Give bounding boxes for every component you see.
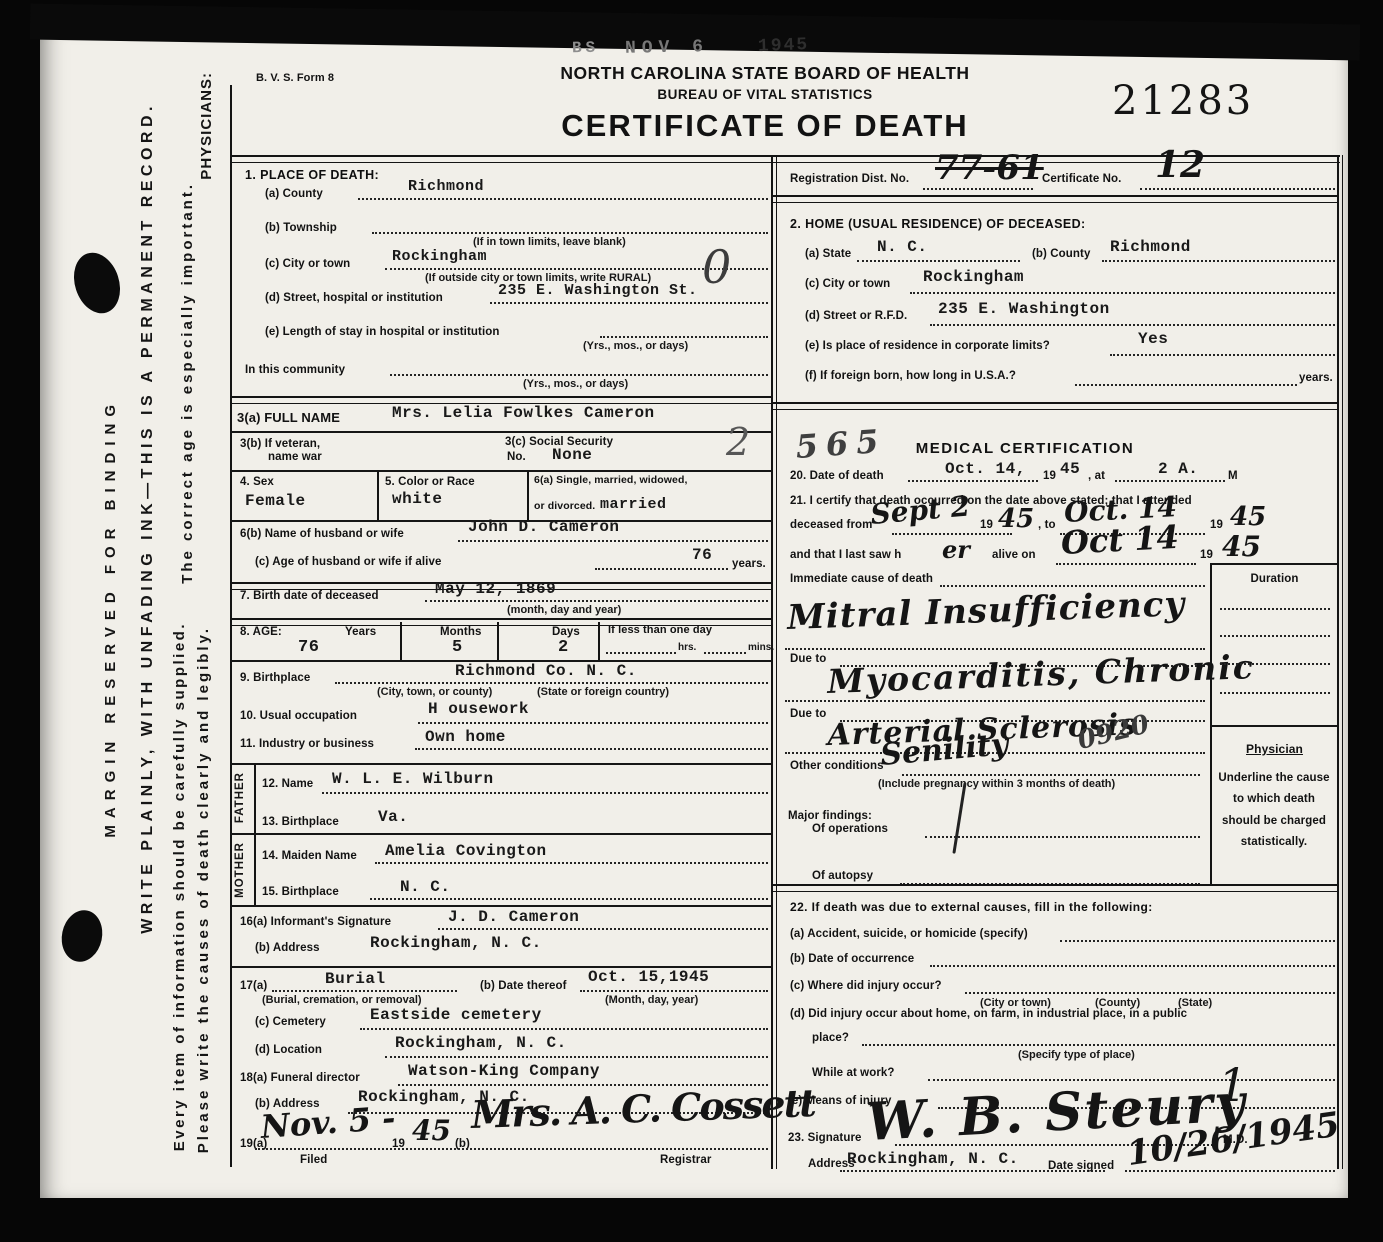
board-title: NORTH CAROLINA STATE BOARD OF HEALTH [510, 63, 1020, 84]
physician-address-value: Rockingham, N. C. [847, 1150, 1019, 1168]
duration-line1 [1220, 608, 1330, 610]
foreign-born-suffix: years. [1299, 372, 1333, 384]
informant-label: 16(a) Informant's Signature [240, 916, 391, 928]
certificate-no-label: Certificate No. [1042, 173, 1121, 185]
mother-birthplace-line [370, 898, 768, 900]
date-of-death-value: Oct. 14, [945, 460, 1026, 478]
certify-alive-label: alive on [992, 549, 1036, 561]
marital-label: 6(a) Single, married, widowed, [534, 474, 688, 486]
spouse-age-label: (c) Age of husband or wife if alive [255, 556, 441, 568]
injury-place-label2: place? [812, 1032, 849, 1044]
father-name-label: 12. Name [262, 778, 313, 790]
certify-pre1: 19 [980, 519, 993, 531]
form-left-border [230, 85, 232, 1167]
informant-address-value: Rockingham, N. C. [370, 934, 542, 952]
margin-binding-note: MARGIN RESERVED FOR BINDING [102, 398, 119, 838]
pregnancy-hint: (Include pregnancy within 3 months of de… [878, 778, 1115, 790]
coder-digit-handwriting: 2 [726, 420, 750, 464]
major-findings-label: Major findings: [788, 810, 872, 822]
home-street-label: (d) Street or R.F.D. [805, 310, 907, 322]
certify-on-handwriting: Oct 14 [1060, 518, 1180, 562]
filed-date-handwriting: Nov. 5 - [259, 1099, 396, 1146]
birthplace-value: Richmond Co. N. C. [455, 662, 637, 680]
duration-label: Duration [1212, 573, 1337, 585]
rural-zero-handwriting: 0 [702, 240, 731, 294]
foreign-born-label: (f) If foreign born, how long in U.S.A.? [805, 370, 1016, 382]
disposal-label: 17(a) [240, 980, 267, 992]
certify-her-handwriting: er [942, 535, 970, 564]
spouse-age-suffix: years. [732, 558, 766, 570]
certify-alive-line [1056, 563, 1196, 565]
medical-certification-title: MEDICAL CERTIFICATION [875, 440, 1175, 457]
certify-pre3: 19 [1200, 549, 1213, 561]
cemetery-location-line [385, 1056, 768, 1058]
injury-place-line [862, 1044, 1335, 1046]
home-title: 2. HOME (USUAL RESIDENCE) OF DECEASED: [790, 217, 1086, 231]
column-divider [771, 155, 777, 1169]
home-street-value: 235 E. Washington [938, 300, 1110, 318]
injury-where-label: (c) Where did injury occur? [790, 980, 942, 992]
certify-yr3-handwriting: 45 [1222, 530, 1261, 563]
ssn-label2: No. [507, 451, 526, 463]
margin-age-note: The correct age is especially important. [179, 182, 196, 584]
street-label: (d) Street, hospital or institution [265, 292, 443, 304]
section1-bottom-rule [230, 396, 773, 404]
spouse-line [458, 540, 768, 542]
certificate-no-value: 12 [1155, 144, 1205, 186]
disposal-date-line [580, 990, 768, 992]
disposal-hint: (Burial, cremation, or removal) [262, 994, 422, 1006]
cemetery-value: Eastside cemetery [370, 1006, 542, 1024]
ssn-value: None [552, 446, 592, 464]
accident-line [1060, 940, 1335, 942]
informant-value: J. D. Cameron [448, 908, 579, 926]
funeral-director-label: 18(a) Funeral director [240, 1072, 360, 1084]
parents-top-rule [230, 763, 773, 765]
certificate-paper: BS NOV 6 1945 PHYSICIANS: The correct ag… [40, 30, 1348, 1198]
race-value: white [392, 490, 443, 508]
cemetery-location-label: (d) Location [255, 1044, 322, 1056]
industry-value: Own home [425, 728, 506, 746]
corporate-limits-label: (e) Is place of residence in corporate l… [805, 340, 1050, 352]
stay-hint: (Yrs., mos., or days) [583, 340, 688, 352]
stay-line [600, 336, 768, 338]
registration-bottom-rule [773, 195, 1337, 203]
birthplace-label: 9. Birthplace [240, 672, 310, 684]
occurrence-line [930, 965, 1335, 967]
township-line [372, 232, 768, 234]
mother-birthplace-value: N. C. [400, 878, 451, 896]
home-state-label: (a) State [805, 248, 851, 260]
immediate-cause-label: Immediate cause of death [790, 573, 933, 585]
age-months-label: Months [440, 626, 481, 638]
birthplace-hint2: (State or foreign country) [537, 686, 669, 698]
age-hrs-label: hrs. [678, 642, 696, 653]
age-div2 [497, 622, 499, 660]
registrar-caption: Registrar [660, 1154, 711, 1166]
immediate-cause-handwriting: Mitral Insufficiency [787, 584, 1186, 638]
corporate-limits-value: Yes [1138, 330, 1168, 348]
age-months-value: 5 [452, 638, 463, 657]
home-city-line [910, 292, 1335, 294]
at-work-label: While at work? [812, 1067, 895, 1079]
certify-yr2-handwriting: 45 [1230, 502, 1266, 532]
home-bottom-rule [773, 402, 1337, 410]
injury-where-line [965, 992, 1335, 994]
father-mother-divider [230, 833, 773, 835]
occupation-value: H ousework [428, 700, 529, 718]
age-days-value: 2 [558, 638, 569, 657]
other-conditions-label: Other conditions [790, 760, 884, 772]
sex-race-divider [377, 470, 379, 520]
corporate-limits-line [1110, 354, 1335, 356]
county-value: Richmond [408, 178, 484, 195]
birthdate-line [425, 600, 768, 602]
cemetery-location-value: Rockingham, N. C. [395, 1034, 567, 1052]
duration-line3 [1220, 663, 1330, 665]
date-signed-line [1125, 1170, 1335, 1172]
date-of-death-line1 [908, 480, 1038, 482]
home-county-line [1102, 260, 1335, 262]
sex-label: 4. Sex [240, 476, 274, 488]
age-mins-line [704, 652, 746, 654]
injury-place-label: (d) Did injury occur about home, on farm… [790, 1008, 1187, 1020]
stay-label: (e) Length of stay in hospital or instit… [265, 326, 500, 338]
cemetery-line [360, 1028, 768, 1030]
external-causes-title: 22. If death was due to external causes,… [790, 900, 1153, 914]
community-label: In this community [245, 364, 345, 376]
accident-label: (a) Accident, suicide, or homicide (spec… [790, 928, 1028, 940]
certify-from-label: deceased from [790, 519, 872, 531]
bureau-subtitle: BUREAU OF VITAL STATISTICS [610, 87, 920, 102]
city-value: Rockingham [392, 248, 487, 265]
row3-bottom-rule [230, 470, 773, 472]
due-to-1-label: Due to [790, 653, 826, 665]
injury-place-hint: (Specify type of place) [1018, 1049, 1135, 1061]
community-hint: (Yrs., mos., or days) [523, 378, 628, 390]
scanned-death-certificate: { "header": { "form_no": "B. V. S. Form … [0, 0, 1383, 1242]
ink-blob-top [66, 247, 127, 320]
street-value: 235 E. Washington St. [498, 282, 698, 299]
father-tab: FATHER [234, 772, 246, 823]
street-line [490, 302, 768, 304]
received-stamp-year: 1945 [758, 35, 810, 57]
filed-line [255, 1148, 768, 1150]
filed-year-handwriting: 45 [412, 1114, 451, 1147]
serial-number: 21283 [1112, 78, 1254, 124]
form-right-border [1337, 155, 1343, 1169]
place-of-death-title: 1. PLACE OF DEATH: [245, 168, 379, 182]
disposal-date-value: Oct. 15,1945 [588, 968, 709, 986]
certify-to-label: , to [1038, 519, 1056, 531]
coder-digits-handwriting: 565 [794, 422, 887, 466]
informant-address-label: (b) Address [255, 942, 320, 954]
full-name-rule [230, 431, 773, 433]
age-mins-label: mins. [748, 642, 774, 653]
registration-district-value: 77-61 [935, 148, 1044, 188]
father-name-value: W. L. E. Wilburn [332, 770, 494, 788]
date-of-death-pre: 19 [1043, 470, 1056, 482]
father-birthplace-value: Va. [378, 808, 408, 826]
date-of-death-at: , at [1088, 470, 1105, 482]
date-of-death-m: M [1228, 470, 1238, 482]
date-of-death-line2 [1115, 480, 1225, 482]
due-to-1-handwriting: Myocarditis, Chronic [827, 647, 1256, 701]
home-street-line [930, 324, 1335, 326]
disposal-date-hint: (Month, day, year) [605, 994, 698, 1006]
age-div1 [400, 622, 402, 660]
race-label: 5. Color or Race [385, 476, 475, 488]
race-marital-divider [527, 470, 529, 520]
birthplace-line [335, 682, 768, 684]
certify-saw-label: and that I last saw h [790, 549, 901, 561]
informant-line [438, 928, 768, 930]
registration-district-label: Registration Dist. No. [790, 173, 909, 185]
certify-yr1-handwriting: 45 [998, 504, 1034, 534]
home-state-line [857, 260, 1020, 262]
due-to-1-line2 [785, 700, 1205, 702]
home-city-label: (c) City or town [805, 278, 890, 290]
birthdate-label: 7. Birth date of deceased [240, 590, 379, 602]
age-lt-label: If less than one day [608, 624, 712, 636]
duration-box-left [1210, 563, 1212, 884]
physician-note: Underline the cause to which death shoul… [1218, 768, 1330, 853]
birthdate-hint: (month, day and year) [507, 604, 621, 616]
received-stamp-prefix: BS [572, 39, 600, 57]
received-stamp-date: NOV 6 [625, 37, 709, 58]
margin-supplied-note: Every item of information should be care… [171, 622, 188, 1151]
city-label: (c) City or town [265, 258, 350, 270]
mother-name-value: Amelia Covington [385, 842, 547, 860]
industry-label: 11. Industry or business [240, 738, 374, 750]
disposal-line [272, 990, 457, 992]
township-label: (b) Township [265, 222, 337, 234]
registration-district-line [923, 188, 1033, 190]
date-of-death-label: 20. Date of death [790, 470, 884, 482]
sex-value: Female [245, 492, 306, 510]
margin-physicians-note: PHYSICIANS: [198, 72, 215, 180]
veteran-label2: name war [268, 451, 322, 463]
father-name-line [322, 792, 768, 794]
full-name-value: Mrs. Lelia Fowlkes Cameron [392, 404, 655, 422]
immediate-cause-line1 [785, 648, 1205, 650]
age-days-label: Days [552, 626, 580, 638]
physician-box-divider [1210, 725, 1337, 727]
duration-line4 [1220, 692, 1330, 694]
community-line [390, 374, 768, 376]
disposal-value: Burial [325, 970, 386, 988]
medical-bottom-rule [773, 884, 1337, 892]
foreign-born-line [1075, 384, 1297, 386]
age-label: 8. AGE: [240, 626, 282, 638]
home-county-label: (b) County [1032, 248, 1090, 260]
ink-blob-bottom [57, 906, 107, 965]
mother-name-label: 14. Maiden Name [262, 850, 357, 862]
home-city-value: Rockingham [923, 268, 1024, 286]
operations-line [925, 836, 1200, 838]
due-to-2-label: Due to [790, 708, 826, 720]
marital-label2: or divorced. [534, 500, 595, 512]
father-birthplace-label: 13. Birthplace [262, 816, 339, 828]
industry-line [415, 748, 768, 750]
marital-value: married [600, 496, 667, 513]
other-conditions-line [902, 774, 1200, 776]
physician-label: Physician [1212, 742, 1337, 756]
spouse-value: John D. Cameron [468, 518, 620, 536]
mother-tab: MOTHER [234, 842, 246, 898]
home-state-value: N. C. [877, 238, 928, 256]
margin-permanent-record-note: WRITE PLAINLY, WITH UNFADING INK—THIS IS… [139, 102, 157, 934]
mother-birthplace-label: 15. Birthplace [262, 886, 339, 898]
pen-descender-stroke [952, 782, 966, 854]
age-div3 [598, 622, 600, 660]
birthdate-value: May 12, 1869 [435, 580, 556, 598]
date-of-death-time: 2 A. [1158, 460, 1198, 478]
county-label: (a) County [265, 188, 323, 200]
home-county-value: Richmond [1110, 238, 1191, 256]
date-signed-label: Date signed [1048, 1160, 1114, 1172]
autopsy-label: Of autopsy [812, 870, 873, 882]
filed-caption: Filed [300, 1154, 327, 1166]
duration-line2 [1220, 635, 1330, 637]
birthplace-hint1: (City, town, or county) [377, 686, 492, 698]
age-years-label: Years [345, 626, 376, 638]
occurrence-label: (b) Date of occurrence [790, 953, 914, 965]
county-line [358, 198, 768, 200]
disposal-date-label: (b) Date thereof [480, 980, 567, 992]
date-of-death-year: 45 [1060, 460, 1080, 478]
parents-bottom-rule [230, 905, 773, 907]
veteran-label: 3(b) If veteran, [240, 438, 320, 450]
margin-legibly-note: Please write the causes of death clearly… [195, 626, 212, 1153]
certificate-no-line [1140, 188, 1335, 190]
occupation-label: 10. Usual occupation [240, 710, 357, 722]
full-name-label: 3(a) FULL NAME [237, 410, 340, 425]
spouse-label: 6(b) Name of husband or wife [240, 528, 404, 540]
mother-name-line [375, 862, 768, 864]
form-number: B. V. S. Form 8 [256, 72, 334, 84]
operations-label: Of operations [812, 823, 888, 835]
spouse-age-value: 76 [692, 546, 712, 564]
duration-box-top [1210, 563, 1337, 565]
age-years-value: 76 [298, 638, 319, 657]
spouse-age-line [595, 568, 728, 570]
township-hint: (If in town limits, leave blank) [473, 236, 626, 248]
occupation-line [418, 722, 768, 724]
age-hrs-line [606, 652, 676, 654]
funeral-director-value: Watson-King Company [408, 1062, 600, 1080]
certificate-title: CERTIFICATE OF DEATH [530, 108, 1000, 144]
cemetery-label: (c) Cemetery [255, 1016, 326, 1028]
signature-label: 23. Signature [788, 1132, 862, 1144]
